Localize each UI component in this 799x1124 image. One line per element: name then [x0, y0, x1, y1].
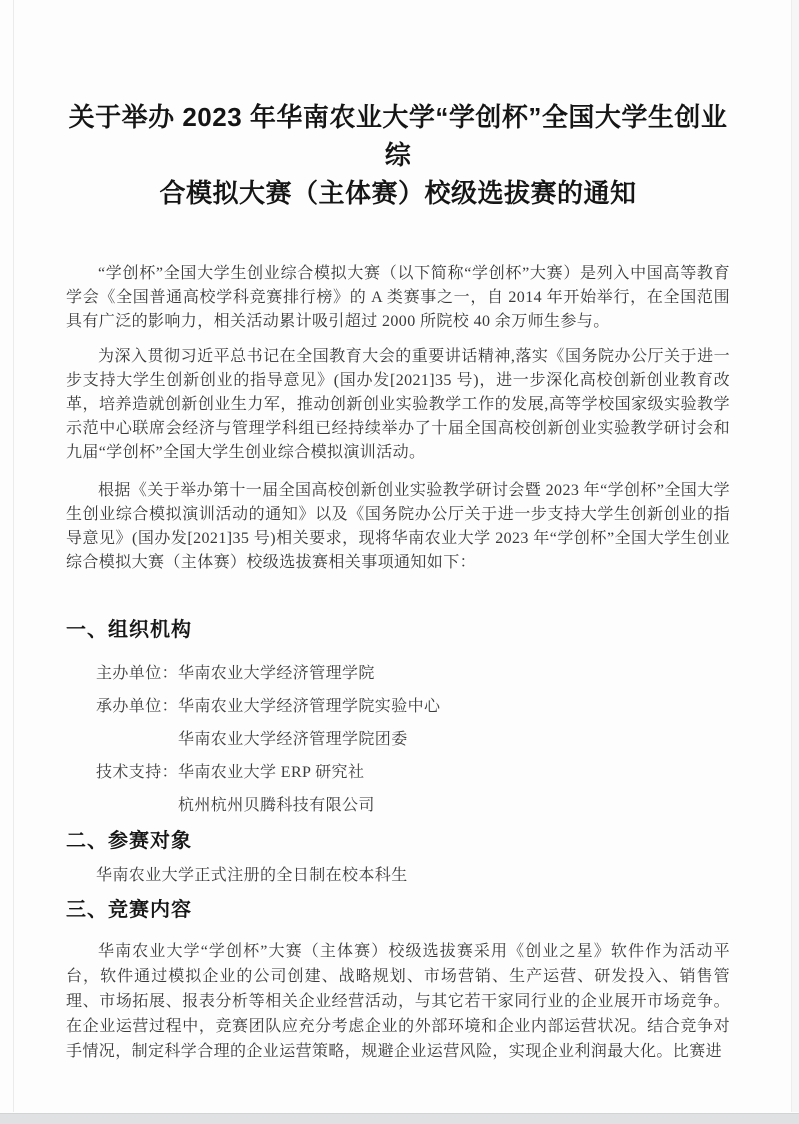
page-title: 关于举办 2023 年华南农业大学“学创杯”全国大学生创业综 合模拟大赛（主体赛…: [66, 98, 730, 212]
org-value: 华南农业大学经济管理学院: [178, 657, 375, 690]
organization-list: 主办单位： 华南农业大学经济管理学院 承办单位： 华南农业大学经济管理学院实验中…: [66, 657, 730, 822]
page-right-edge: [791, 0, 792, 1112]
page-right-margin: [792, 0, 799, 1112]
intro-paragraph-1: “学创杯”全国大学生创业综合模拟大赛（以下简称“学创杯”大赛）是列入中国高等教育…: [66, 262, 730, 334]
org-label: 技术支持：: [96, 756, 178, 789]
document-content: 关于举办 2023 年华南农业大学“学创杯”全国大学生创业综 合模拟大赛（主体赛…: [66, 0, 730, 1064]
participants-text: 华南农业大学正式注册的全日制在校本科生: [66, 864, 730, 888]
org-row-organizer-2: 华南农业大学经济管理学院团委: [96, 723, 730, 756]
section-heading-participants: 二、参赛对象: [66, 827, 730, 855]
document-page: 关于举办 2023 年华南农业大学“学创杯”全国大学生创业综 合模拟大赛（主体赛…: [0, 0, 799, 1124]
org-value: 杭州杭州贝腾科技有限公司: [178, 789, 375, 822]
intro-paragraph-3: 根据《关于举办第十一届全国高校创新创业实验教学研讨会暨 2023 年“学创杯”全…: [66, 479, 730, 575]
page-left-edge: [13, 0, 14, 1112]
org-label: [96, 789, 178, 822]
org-label: 承办单位：: [96, 690, 178, 723]
org-row-organizer: 承办单位： 华南农业大学经济管理学院实验中心: [96, 690, 730, 723]
org-label: [96, 723, 178, 756]
org-value: 华南农业大学 ERP 研究社: [178, 756, 364, 789]
intro-paragraph-2: 为深入贯彻习近平总书记在全国教育大会的重要讲话精神,落实《国务院办公厅关于进一步…: [66, 345, 730, 465]
org-value: 华南农业大学经济管理学院团委: [178, 723, 408, 756]
section-heading-competition-content: 三、竞赛内容: [66, 896, 730, 924]
page-title-line-1: 关于举办 2023 年华南农业大学“学创杯”全国大学生创业综: [66, 98, 730, 174]
page-title-line-2: 合模拟大赛（主体赛）校级选拔赛的通知: [66, 174, 730, 212]
org-row-tech-support-2: 杭州杭州贝腾科技有限公司: [96, 789, 730, 822]
org-label: 主办单位：: [96, 657, 178, 690]
page-bottom-edge: [0, 1113, 799, 1124]
org-row-tech-support: 技术支持： 华南农业大学 ERP 研究社: [96, 756, 730, 789]
org-row-host: 主办单位： 华南农业大学经济管理学院: [96, 657, 730, 690]
competition-content-paragraph: 华南农业大学“学创杯”大赛（主体赛）校级选拔赛采用《创业之星》软件作为活动平台，…: [66, 939, 730, 1064]
org-value: 华南农业大学经济管理学院实验中心: [178, 690, 440, 723]
section-heading-organization: 一、组织机构: [66, 616, 730, 644]
